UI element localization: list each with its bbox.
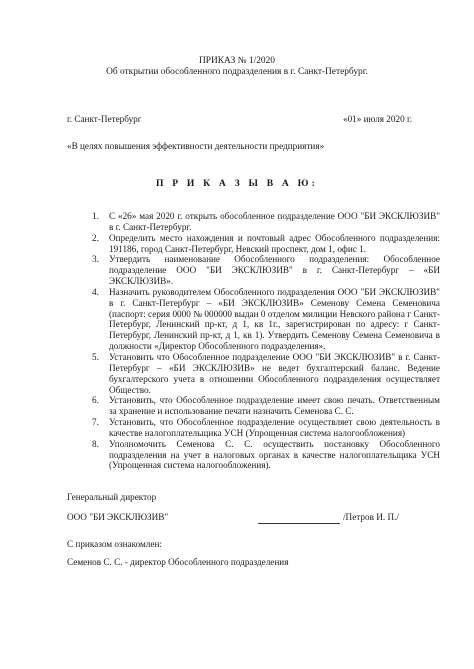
acknowledgement-person: Семенов С. С. - директор Обособленного п… <box>67 557 288 568</box>
order-item: 8. Уполномочить Семенова С. С. осуществи… <box>92 439 440 472</box>
order-item-text: Уполномочить Семенова С. С. осуществить … <box>109 439 440 472</box>
order-item-text: Утвердить наименование Обособленного под… <box>109 254 440 287</box>
order-item: 3. Утвердить наименование Обособленного … <box>92 254 440 287</box>
order-item-text: Назначить руководителем Обособленного по… <box>109 287 440 352</box>
order-item-number: 7. <box>92 417 99 428</box>
order-item-number: 3. <box>92 254 99 265</box>
order-item: 2. Определить место нахождения и почтовы… <box>92 233 440 255</box>
order-item-number: 4. <box>92 287 99 298</box>
order-item: 5. Установить что Обособленное подраздел… <box>92 352 440 395</box>
acknowledgement-label: С приказом ознакомлен: <box>67 539 162 550</box>
order-items-list: 1. С «26» мая 2020 г. открыть обособленн… <box>92 211 440 471</box>
purpose-statement: «В целях повышения эффективности деятель… <box>67 141 324 152</box>
order-item-text: Установить что Обособленное подразделени… <box>109 352 440 395</box>
order-item-text: Установить, что Обособленное подразделен… <box>109 417 440 439</box>
order-heading: П Р И К А З Ы В А Ю: <box>0 178 474 189</box>
order-title: ПРИКАЗ № 1/2020 <box>0 56 474 67</box>
order-item-number: 2. <box>92 233 99 244</box>
signatory-name: /Петров И. П./ <box>343 512 399 523</box>
order-item: 1. С «26» мая 2020 г. открыть обособленн… <box>92 211 440 233</box>
order-item-text: С «26» мая 2020 г. открыть обособленное … <box>109 211 440 233</box>
order-item-number: 6. <box>92 395 99 406</box>
signature-line <box>258 523 340 524</box>
place-of-issue: г. Санкт-Петербург <box>67 114 142 125</box>
order-item-number: 8. <box>92 439 99 450</box>
signatory-company: ООО "БИ ЭКСКЛЮЗИВ" <box>67 512 168 523</box>
order-item: 6. Установить, что Обособленное подразде… <box>92 395 440 417</box>
order-item-number: 1. <box>92 211 99 222</box>
order-item-text: Определить место нахождения и почтовый а… <box>109 233 440 255</box>
order-subtitle: Об открытии обособленного подразделения … <box>0 67 474 78</box>
order-item-text: Установить, что Обособленное подразделен… <box>109 395 440 417</box>
order-date: «01» июля 2020 г. <box>343 114 412 125</box>
signatory-position: Генеральный директор <box>67 492 156 503</box>
document-page: ПРИКАЗ № 1/2020 Об открытии обособленног… <box>0 0 474 669</box>
order-item: 4. Назначить руководителем Обособленного… <box>92 287 440 352</box>
order-item-number: 5. <box>92 352 99 363</box>
order-item: 7. Установить, что Обособленное подразде… <box>92 417 440 439</box>
